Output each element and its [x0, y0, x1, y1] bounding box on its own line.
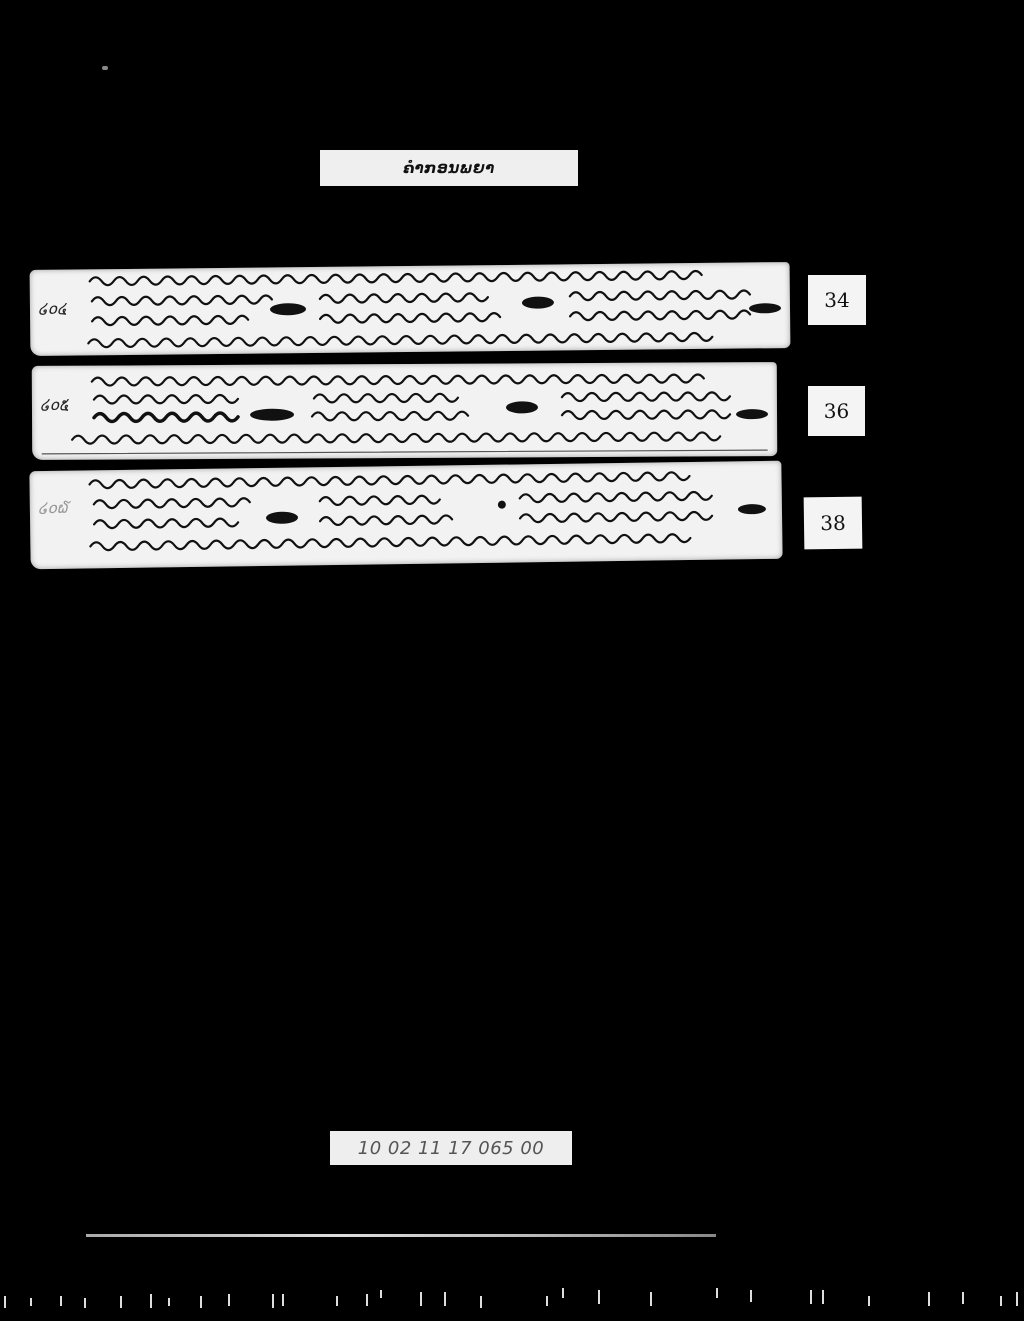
manuscript-title-label: ຄຳກອນພຍາ [320, 150, 578, 186]
palm-leaf-1: ໒໐໔ [30, 262, 791, 356]
leaf-number: ໒໐໔ [38, 300, 67, 318]
handwritten-script [29, 461, 782, 569]
page-number-tag: 36 [808, 386, 865, 436]
leaf-number: ໒໐໖ [38, 499, 68, 517]
palm-leaf-2: ໒໐໕ [32, 362, 777, 460]
microfilm-reel-id: 10 02 11 17 065 00 [330, 1131, 572, 1165]
page-number-tag: 38 [804, 497, 863, 550]
palm-leaf-3: ໒໐໖ [29, 461, 782, 569]
handwritten-script [30, 262, 791, 356]
leaf-number: ໒໐໕ [40, 396, 69, 414]
scan-speck [102, 66, 108, 70]
page-number-tag: 34 [808, 275, 866, 325]
scan-edge-line [86, 1234, 716, 1237]
film-edge-ticks [0, 1288, 1024, 1310]
handwritten-script [32, 362, 777, 460]
